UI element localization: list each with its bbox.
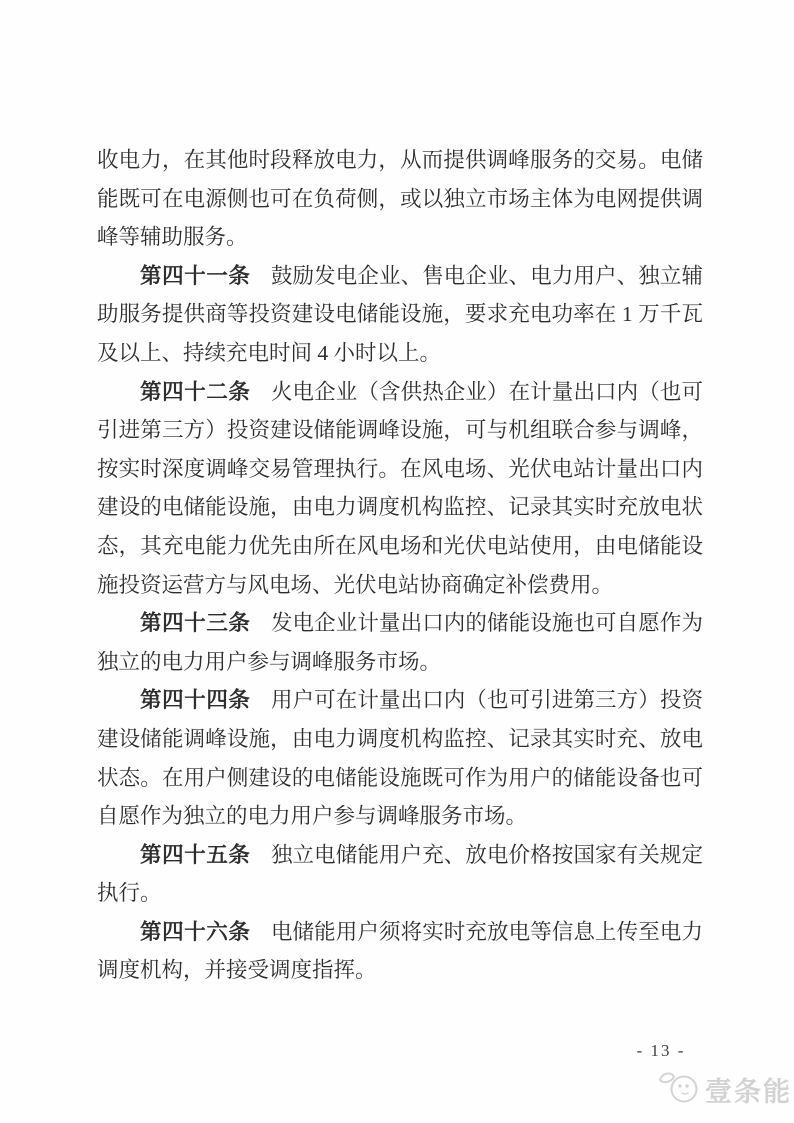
paragraph-text: 收电力，在其他时段释放电力，从而提供调峰服务的交易。电储能既可在电源侧也可在负荷… xyxy=(97,148,703,249)
paragraph-article-41: 第四十一条鼓励发电企业、售电企业、电力用户、独立辅助服务提供商等投资建设电储能设… xyxy=(97,257,703,373)
paragraph-article-45: 第四十五条独立电储能用户充、放电价格按国家有关规定执行。 xyxy=(97,836,703,913)
paragraph-article-44: 第四十四条用户可在计量出口内（也可引进第三方）投资建设储能调峰设施，由电力调度机… xyxy=(97,681,703,835)
paragraph-text: 火电企业（含供热企业）在计量出口内（也可引进第三方）投资建设储能调峰设施，可与机… xyxy=(97,380,703,597)
paragraph-article-42: 第四十二条火电企业（含供热企业）在计量出口内（也可引进第三方）投资建设储能调峰设… xyxy=(97,373,703,605)
document-body: 收电力，在其他时段释放电力，从而提供调峰服务的交易。电储能既可在电源侧也可在负荷… xyxy=(97,141,703,990)
watermark-brand-text: 壹条能 xyxy=(705,1070,792,1109)
article-heading: 第四十三条 xyxy=(140,611,251,635)
watermark: 壹条能 xyxy=(656,1068,792,1111)
article-heading: 第四十六条 xyxy=(140,920,251,944)
paragraph-continuation: 收电力，在其他时段释放电力，从而提供调峰服务的交易。电储能既可在电源侧也可在负荷… xyxy=(97,141,703,257)
document-page: 收电力，在其他时段释放电力，从而提供调峰服务的交易。电储能既可在电源侧也可在负荷… xyxy=(0,0,794,1123)
article-heading: 第四十一条 xyxy=(140,264,251,288)
bird-mascot-icon xyxy=(656,1068,700,1111)
article-heading: 第四十五条 xyxy=(140,843,251,867)
article-heading: 第四十二条 xyxy=(140,380,251,404)
paragraph-article-43: 第四十三条发电企业计量出口内的储能设施也可自愿作为独立的电力用户参与调峰服务市场… xyxy=(97,604,703,681)
article-heading: 第四十四条 xyxy=(140,688,251,712)
page-number: - 13 - xyxy=(600,1041,722,1061)
paragraph-article-46: 第四十六条电储能用户须将实时充放电等信息上传至电力调度机构，并接受调度指挥。 xyxy=(97,913,703,990)
